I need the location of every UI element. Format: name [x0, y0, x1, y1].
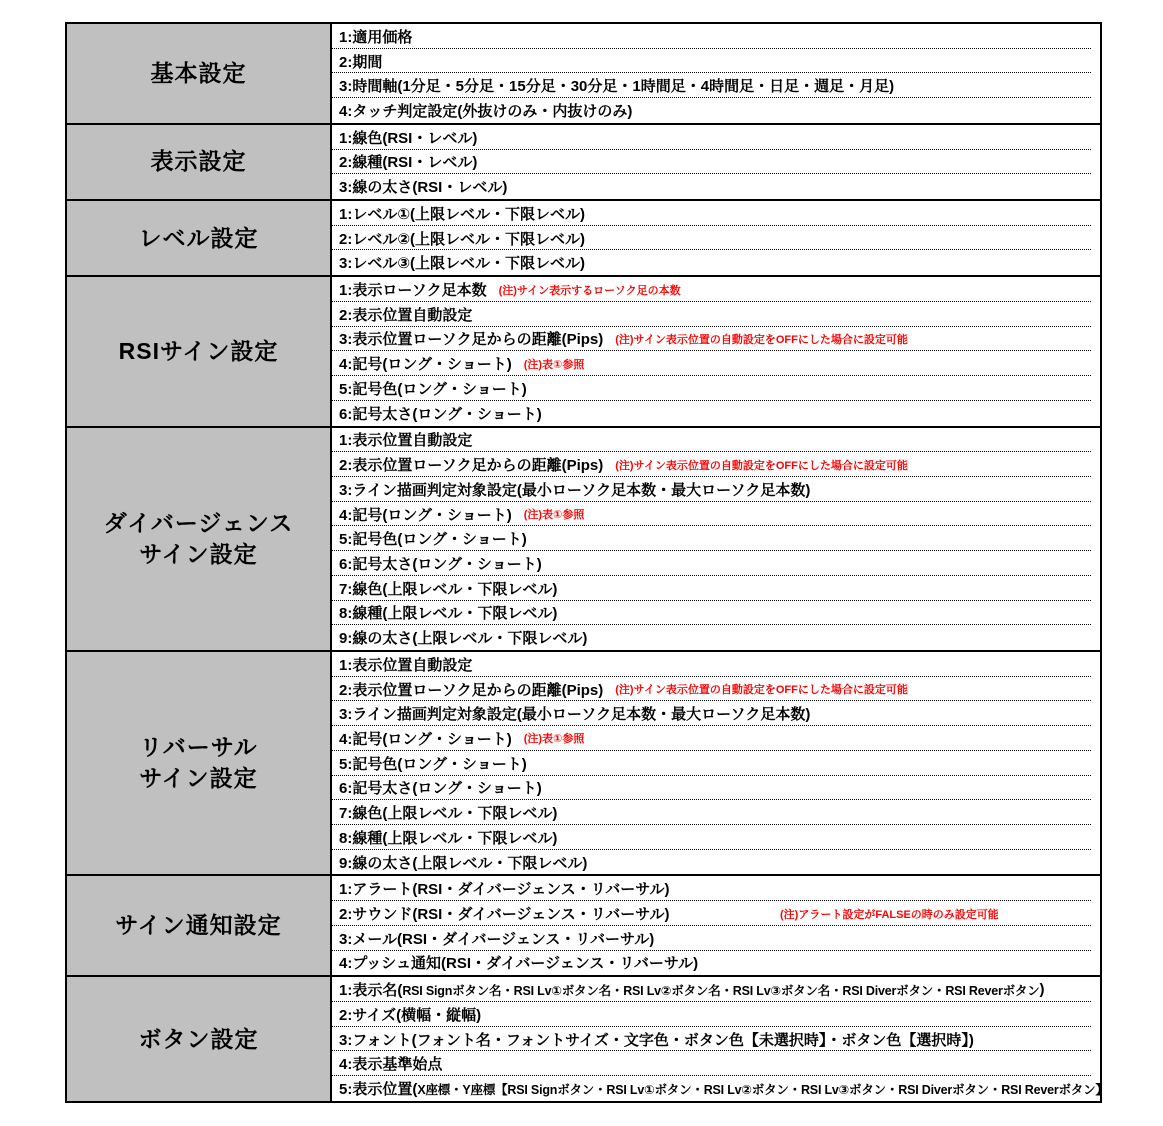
section-label: サイン通知設定	[67, 876, 332, 975]
setting-row: 3:線の太さ(RSI・レベル)	[332, 174, 1100, 199]
setting-row: 5:記号色(ロング・ショート)	[332, 526, 1100, 551]
setting-row: 9:線の太さ(上限レベル・下限レベル)	[332, 625, 1100, 650]
table-section: 表示設定 1:線色(RSI・レベル) 2:線種(RSI・レベル) 3:線の太さ(…	[67, 125, 1100, 201]
setting-row: 3:レベル③(上限レベル・下限レベル)	[332, 250, 1100, 275]
setting-row: 5:表示位置( X座標・Y座標【RSI Signボタン・RSI Lv①ボタン・R…	[332, 1076, 1100, 1101]
row-text: 5:記号色(ロング・ショート)	[339, 753, 527, 774]
setting-row: 6:記号太さ(ロング・ショート)	[332, 401, 1100, 426]
setting-row: 2:表示位置ローソク足からの距離(Pips) (注)サイン表示位置の自動設定をO…	[332, 452, 1100, 477]
row-text: 5:記号色(ロング・ショート)	[339, 378, 527, 399]
setting-row: 1:表示名( RSI Signボタン名・RSI Lv①ボタン名・RSI Lv②ボ…	[332, 977, 1100, 1002]
section-rows: 1:線色(RSI・レベル) 2:線種(RSI・レベル) 3:線の太さ(RSI・レ…	[332, 125, 1100, 199]
row-text: 2:表示位置ローソク足からの距離(Pips)	[339, 679, 603, 700]
setting-row: 1:適用価格	[332, 24, 1100, 49]
section-label-line: RSIサイン設定	[119, 336, 279, 367]
section-label-line: 基本設定	[151, 58, 247, 89]
setting-row: 1:レベル①(上限レベル・下限レベル)	[332, 201, 1100, 226]
setting-row: 7:線色(上限レベル・下限レベル)	[332, 576, 1100, 601]
row-text: 3:ライン描画判定対象設定(最小ローソク足本数・最大ローソク足本数)	[339, 703, 810, 724]
row-text: 1:線色(RSI・レベル)	[339, 127, 477, 148]
row-text: 1:アラート(RSI・ダイバージェンス・リバーサル)	[339, 878, 670, 899]
row-text: 9:線の太さ(上限レベル・下限レベル)	[339, 852, 587, 873]
section-rows: 1:表示名( RSI Signボタン名・RSI Lv①ボタン名・RSI Lv②ボ…	[332, 977, 1100, 1101]
section-rows: 1:表示ローソク足本数 (注)サイン表示するローソク足の本数 2:表示位置自動設…	[332, 277, 1100, 425]
row-text: 1:レベル①(上限レベル・下限レベル)	[339, 203, 585, 224]
row-text: 8:線種(上限レベル・下限レベル)	[339, 827, 557, 848]
setting-row: 6:記号太さ(ロング・ショート)	[332, 551, 1100, 576]
row-text: 3:フォント(フォント名・フォントサイズ・文字色・ボタン色【未選択時】・ボタン色…	[339, 1029, 974, 1050]
row-text: 1:適用価格	[339, 26, 412, 47]
row-text: 5:記号色(ロング・ショート)	[339, 528, 527, 549]
row-suffix: )	[1040, 981, 1045, 998]
row-text: 1:表示位置自動設定	[339, 429, 472, 450]
setting-row: 5:記号色(ロング・ショート)	[332, 751, 1100, 776]
setting-row: 2:サウンド(RSI・ダイバージェンス・リバーサル) (注)アラート設定がFAL…	[332, 901, 1100, 926]
row-text: 1:表示ローソク足本数	[339, 279, 487, 300]
setting-row: 6:記号太さ(ロング・ショート)	[332, 776, 1100, 801]
row-text: 3:線の太さ(RSI・レベル)	[339, 176, 507, 197]
row-text: 4:プッシュ通知(RSI・ダイバージェンス・リバーサル)	[339, 952, 698, 973]
row-note: (注)表①参照	[524, 356, 585, 372]
row-text: 4:記号(ロング・ショート)	[339, 728, 512, 749]
row-text: 9:線の太さ(上限レベル・下限レベル)	[339, 627, 587, 648]
setting-row: 8:線種(上限レベル・下限レベル)	[332, 601, 1100, 626]
row-text: 2:線種(RSI・レベル)	[339, 151, 477, 172]
section-rows: 1:アラート(RSI・ダイバージェンス・リバーサル) 2:サウンド(RSI・ダイ…	[332, 876, 1100, 975]
section-label-line: サイン設定	[139, 539, 257, 570]
setting-row: 2:線種(RSI・レベル)	[332, 150, 1100, 175]
setting-row: 3:時間軸(1分足・5分足・15分足・30分足・1時間足・4時間足・日足・週足・…	[332, 73, 1100, 98]
setting-row: 1:表示ローソク足本数 (注)サイン表示するローソク足の本数	[332, 277, 1100, 302]
row-text: 6:記号太さ(ロング・ショート)	[339, 403, 542, 424]
section-label: 基本設定	[67, 24, 332, 123]
setting-row: 4:プッシュ通知(RSI・ダイバージェンス・リバーサル)	[332, 951, 1100, 976]
setting-row: 1:表示位置自動設定	[332, 652, 1100, 677]
setting-row: 4:表示基準始点	[332, 1051, 1100, 1076]
row-text: 3:表示位置ローソク足からの距離(Pips)	[339, 328, 603, 349]
row-text: 8:線種(上限レベル・下限レベル)	[339, 602, 557, 623]
row-note: (注)サイン表示するローソク足の本数	[499, 282, 681, 298]
section-label: リバーサルサイン設定	[67, 652, 332, 874]
table-section: リバーサルサイン設定 1:表示位置自動設定 2:表示位置ローソク足からの距離(P…	[67, 652, 1100, 876]
row-text: 3:レベル③(上限レベル・下限レベル)	[339, 252, 585, 273]
section-rows: 1:適用価格 2:期間 3:時間軸(1分足・5分足・15分足・30分足・1時間足…	[332, 24, 1100, 123]
table-section: サイン通知設定 1:アラート(RSI・ダイバージェンス・リバーサル) 2:サウン…	[67, 876, 1100, 977]
section-label-line: 表示設定	[151, 146, 247, 177]
row-note: (注)サイン表示位置の自動設定をOFFにした場合に設定可能	[615, 457, 908, 473]
setting-row: 2:サイズ(横幅・縦幅)	[332, 1002, 1100, 1027]
section-label: RSIサイン設定	[67, 277, 332, 425]
setting-row: 3:ライン描画判定対象設定(最小ローソク足本数・最大ローソク足本数)	[332, 477, 1100, 502]
row-text: 6:記号太さ(ロング・ショート)	[339, 553, 542, 574]
setting-row: 4:タッチ判定設定(外抜けのみ・内抜けのみ)	[332, 98, 1100, 123]
section-rows: 1:表示位置自動設定 2:表示位置ローソク足からの距離(Pips) (注)サイン…	[332, 652, 1100, 874]
row-text: 4:記号(ロング・ショート)	[339, 353, 512, 374]
table-section: ダイバージェンスサイン設定 1:表示位置自動設定 2:表示位置ローソク足からの距…	[67, 428, 1100, 652]
row-text: 2:サイズ(横幅・縦幅)	[339, 1004, 481, 1025]
settings-table: 基本設定 1:適用価格 2:期間 3:時間軸(1分足・5分足・15分足・30分足…	[65, 22, 1102, 1103]
section-label-line: リバーサル	[139, 732, 257, 763]
row-text: 2:期間	[339, 51, 382, 72]
setting-row: 2:期間	[332, 49, 1100, 74]
setting-row: 3:ライン描画判定対象設定(最小ローソク足本数・最大ローソク足本数)	[332, 701, 1100, 726]
row-text: 6:記号太さ(ロング・ショート)	[339, 777, 542, 798]
row-note: (注)表①参照	[524, 506, 585, 522]
section-label-line: レベル設定	[139, 223, 259, 254]
section-label: レベル設定	[67, 201, 332, 275]
section-label-line: サイン設定	[139, 763, 257, 794]
section-rows: 1:レベル①(上限レベル・下限レベル) 2:レベル②(上限レベル・下限レベル) …	[332, 201, 1100, 275]
setting-row: 9:線の太さ(上限レベル・下限レベル)	[332, 850, 1100, 875]
table-section: ボタン設定 1:表示名( RSI Signボタン名・RSI Lv①ボタン名・RS…	[67, 977, 1100, 1101]
setting-row: 2:表示位置ローソク足からの距離(Pips) (注)サイン表示位置の自動設定をO…	[332, 677, 1100, 702]
setting-row: 1:線色(RSI・レベル)	[332, 125, 1100, 150]
row-text: 4:記号(ロング・ショート)	[339, 504, 512, 525]
setting-row: 4:記号(ロング・ショート) (注)表①参照	[332, 502, 1100, 527]
row-text: 2:表示位置自動設定	[339, 304, 472, 325]
row-text: 7:線色(上限レベル・下限レベル)	[339, 802, 557, 823]
setting-row: 1:アラート(RSI・ダイバージェンス・リバーサル)	[332, 876, 1100, 901]
row-note: (注)サイン表示位置の自動設定をOFFにした場合に設定可能	[615, 331, 908, 347]
setting-row: 3:メール(RSI・ダイバージェンス・リバーサル)	[332, 926, 1100, 951]
setting-row: 4:記号(ロング・ショート) (注)表①参照	[332, 726, 1100, 751]
row-text: 7:線色(上限レベル・下限レベル)	[339, 578, 557, 599]
setting-row: 3:フォント(フォント名・フォントサイズ・文字色・ボタン色【未選択時】・ボタン色…	[332, 1027, 1100, 1052]
section-label-line: サイン通知設定	[115, 910, 281, 941]
row-text: 3:時間軸(1分足・5分足・15分足・30分足・1時間足・4時間足・日足・週足・…	[339, 75, 894, 96]
row-note: (注)アラート設定がFALSEの時のみ設定可能	[780, 906, 999, 922]
row-text: 4:表示基準始点	[339, 1053, 442, 1074]
row-text: 2:サウンド(RSI・ダイバージェンス・リバーサル)	[339, 903, 670, 924]
row-text: 4:タッチ判定設定(外抜けのみ・内抜けのみ)	[339, 100, 632, 121]
table-section: RSIサイン設定 1:表示ローソク足本数 (注)サイン表示するローソク足の本数 …	[67, 277, 1100, 427]
row-detail: RSI Signボタン名・RSI Lv①ボタン名・RSI Lv②ボタン名・RSI…	[402, 981, 1039, 999]
setting-row: 2:表示位置自動設定	[332, 302, 1100, 327]
setting-row: 4:記号(ロング・ショート) (注)表①参照	[332, 351, 1100, 376]
setting-row: 1:表示位置自動設定	[332, 428, 1100, 453]
section-label-line: ボタン設定	[139, 1024, 259, 1055]
row-text: 1:表示名(	[339, 979, 402, 1000]
setting-row: 7:線色(上限レベル・下限レベル)	[332, 800, 1100, 825]
setting-row: 2:レベル②(上限レベル・下限レベル)	[332, 226, 1100, 251]
setting-row: 3:表示位置ローソク足からの距離(Pips) (注)サイン表示位置の自動設定をO…	[332, 327, 1100, 352]
row-text: 2:表示位置ローソク足からの距離(Pips)	[339, 454, 603, 475]
section-rows: 1:表示位置自動設定 2:表示位置ローソク足からの距離(Pips) (注)サイン…	[332, 428, 1100, 650]
row-note: (注)表①参照	[524, 730, 585, 746]
row-text: 3:メール(RSI・ダイバージェンス・リバーサル)	[339, 928, 654, 949]
setting-row: 5:記号色(ロング・ショート)	[332, 376, 1100, 401]
row-detail: X座標・Y座標【RSI Signボタン・RSI Lv①ボタン・RSI Lv②ボタ…	[417, 1080, 1100, 1098]
setting-row: 8:線種(上限レベル・下限レベル)	[332, 825, 1100, 850]
table-section: 基本設定 1:適用価格 2:期間 3:時間軸(1分足・5分足・15分足・30分足…	[67, 24, 1100, 125]
section-label: ダイバージェンスサイン設定	[67, 428, 332, 650]
row-note: (注)サイン表示位置の自動設定をOFFにした場合に設定可能	[615, 681, 908, 697]
row-text: 3:ライン描画判定対象設定(最小ローソク足本数・最大ローソク足本数)	[339, 479, 810, 500]
section-label: 表示設定	[67, 125, 332, 199]
section-label-line: ダイバージェンス	[104, 508, 293, 539]
table-section: レベル設定 1:レベル①(上限レベル・下限レベル) 2:レベル②(上限レベル・下…	[67, 201, 1100, 277]
row-text: 5:表示位置(	[339, 1078, 417, 1099]
section-label: ボタン設定	[67, 977, 332, 1101]
row-text: 1:表示位置自動設定	[339, 654, 472, 675]
row-text: 2:レベル②(上限レベル・下限レベル)	[339, 228, 585, 249]
